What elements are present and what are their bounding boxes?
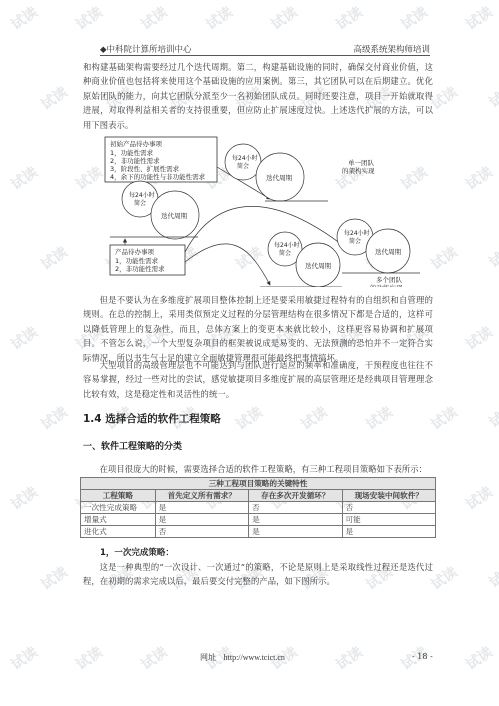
watermark-text: 试读 bbox=[462, 162, 496, 194]
watermark-text: 试读 bbox=[332, 642, 366, 674]
cycle-left: 每24小时 简会 迭代周期 bbox=[110, 181, 199, 245]
svg-text:4，余下的功能性与非功能性需求: 4，余下的功能性与非功能性需求 bbox=[110, 172, 206, 181]
svg-text:2，非功能性需求: 2，非功能性需求 bbox=[110, 156, 160, 165]
svg-text:迭代周期: 迭代周期 bbox=[266, 173, 293, 182]
paragraph-iterative-expansion: 和构建基础架构需要经过几个迭代周期。第二，构建基础设施的同时，确保交付商业价值，… bbox=[83, 60, 433, 132]
svg-text:多个团队: 多个团队 bbox=[376, 275, 403, 284]
svg-text:每24小时: 每24小时 bbox=[232, 154, 258, 162]
watermark-text: 试读 bbox=[72, 642, 106, 674]
svg-text:初始产品待办事项: 初始产品待办事项 bbox=[110, 139, 163, 148]
watermark-text: 试读 bbox=[462, 322, 496, 354]
watermark-text: 试读 bbox=[485, 248, 499, 289]
strategy-table: 三种工程项目策略的关键特性 工程策略 首先定义所有需求？ 存在多次开发循环？ 现… bbox=[80, 477, 436, 538]
svg-text:简会: 简会 bbox=[279, 249, 291, 257]
footer-website: 网址 http://www.tcict.cn bbox=[200, 652, 285, 663]
column-header: 存在多次开发循环？ bbox=[249, 490, 342, 502]
watermark-text: 试读 bbox=[397, 2, 431, 34]
watermark-text: 试读 bbox=[72, 2, 106, 34]
watermark-text: 试读 bbox=[37, 242, 71, 274]
watermark-text: 试读 bbox=[37, 402, 71, 434]
footer-url[interactable]: http://www.tcict.cn bbox=[224, 653, 285, 662]
watermark-text: 试读 bbox=[427, 402, 461, 434]
paragraph-senior-management: 大型项目的高级管理层也不可能达到与团队进行适应的频率和准确度，干预程度也往往不容… bbox=[83, 358, 433, 401]
table-cell: 增量式 bbox=[81, 514, 156, 526]
item-heading: 1，一次完成策略： bbox=[100, 546, 174, 558]
svg-text:迭代周期: 迭代周期 bbox=[375, 247, 402, 256]
svg-text:3，阶段性、扩展性需求: 3，阶段性、扩展性需求 bbox=[110, 164, 180, 173]
table-row: 增量式 是 是 可能 bbox=[81, 514, 436, 526]
watermark-text: 试读 bbox=[7, 482, 41, 514]
table-cell: 是 bbox=[342, 526, 435, 538]
table-row: 一次性完成策略 是 否 否 bbox=[81, 502, 436, 514]
watermark-text: 试读 bbox=[7, 322, 41, 354]
watermark-text: 试读 bbox=[137, 642, 171, 674]
svg-text:每24小时: 每24小时 bbox=[129, 191, 155, 199]
cycle-single-team: 每24小时 简会 迭代周期 单一团队 的架构实现 bbox=[225, 144, 375, 201]
table-row: 进化式 否 是 是 bbox=[81, 526, 436, 538]
paragraph-one-shot-strategy: 这是一种典型的“一次设计、一次通过”的策略，不论是原则上是采取线性过程还是迭代过… bbox=[83, 560, 433, 589]
watermark-text: 试读 bbox=[267, 2, 301, 34]
page-header: ◆中科院计算所培训中心 高级系统架构师培训 bbox=[100, 43, 430, 56]
svg-text:单一团队: 单一团队 bbox=[348, 158, 375, 167]
watermark-text: 试读 bbox=[7, 2, 41, 34]
column-header: 工程策略 bbox=[81, 490, 156, 502]
section-heading: 1.4 选择合适的软件工程策略 bbox=[83, 411, 221, 426]
watermark-text: 试读 bbox=[7, 642, 41, 674]
table-cell: 是 bbox=[155, 502, 248, 514]
watermark-text: 试读 bbox=[462, 482, 496, 514]
watermark-text: 试读 bbox=[462, 642, 496, 674]
watermark-text: 试读 bbox=[485, 88, 499, 129]
watermark-text: 试读 bbox=[485, 408, 499, 449]
svg-text:每24小时: 每24小时 bbox=[344, 229, 370, 237]
product-backlog-box: 产品待办事项 1，功能性需求 2，非功能性需求 bbox=[110, 245, 185, 275]
table-cell: 可能 bbox=[342, 514, 435, 526]
watermark-text: 试读 bbox=[462, 2, 496, 34]
watermark-text: 试读 bbox=[362, 402, 396, 434]
table-cell: 是 bbox=[249, 526, 342, 538]
svg-text:简会: 简会 bbox=[237, 162, 249, 170]
watermark-text: 试读 bbox=[297, 402, 331, 434]
svg-text:1，功能性需求: 1，功能性需求 bbox=[115, 256, 159, 265]
svg-text:1，功能性需求: 1，功能性需求 bbox=[110, 148, 154, 157]
page-number: - 18 - bbox=[412, 652, 433, 661]
paragraph-hierarchical-control: 但是不要认为在多维度扩展项目整体控制上还是要采用敏捷过程特有的自组织和自管理的规… bbox=[83, 293, 433, 365]
svg-text:产品待办事项: 产品待办事项 bbox=[115, 247, 155, 256]
table-caption: 三种工程项目策略的关键特性 bbox=[81, 478, 436, 490]
svg-text:简会: 简会 bbox=[134, 199, 146, 207]
column-header: 现场安装中间软件？ bbox=[342, 490, 435, 502]
table-cell: 否 bbox=[155, 526, 248, 538]
svg-text:迭代周期: 迭代周期 bbox=[305, 261, 332, 270]
watermark-text: 试读 bbox=[37, 82, 71, 114]
watermark-text: 试读 bbox=[7, 162, 41, 194]
svg-text:2，非功能性需求: 2，非功能性需求 bbox=[115, 264, 165, 273]
svg-text:的架构实现: 的架构实现 bbox=[342, 166, 375, 175]
cycle-right-upper: 每24小时 简会 迭代周期 bbox=[337, 219, 420, 273]
table-cell: 是 bbox=[155, 514, 248, 526]
table-cell: 进化式 bbox=[81, 526, 156, 538]
iterative-expansion-diagram: 初始产品待办事项 1，功能性需求 2，非功能性需求 3，阶段性、扩展性需求 4，… bbox=[80, 127, 450, 287]
svg-text:简会: 简会 bbox=[349, 237, 361, 245]
svg-text:的功能实现: 的功能实现 bbox=[370, 283, 403, 287]
watermark-text: 试读 bbox=[232, 402, 266, 434]
watermark-text: 试读 bbox=[202, 2, 236, 34]
svg-text:每24小时: 每24小时 bbox=[274, 241, 300, 249]
subsection-heading: 一、软件工程策略的分类 bbox=[83, 439, 182, 452]
watermark-text: 试读 bbox=[332, 2, 366, 34]
table-cell: 否 bbox=[249, 502, 342, 514]
watermark-text: 试读 bbox=[137, 2, 171, 34]
header-course: 高级系统架构师培训 bbox=[353, 43, 430, 55]
header-org: ◆中科院计算所培训中心 bbox=[100, 43, 192, 55]
svg-text:迭代周期: 迭代周期 bbox=[161, 211, 188, 220]
table-cell: 是 bbox=[249, 514, 342, 526]
watermark-text: 试读 bbox=[485, 568, 499, 609]
table-cell: 一次性完成策略 bbox=[81, 502, 156, 514]
footer-label: 网址 bbox=[200, 653, 216, 662]
column-header: 首先定义所有需求？ bbox=[155, 490, 248, 502]
watermark-text: 试读 bbox=[37, 562, 71, 594]
table-cell: 否 bbox=[342, 502, 435, 514]
paragraph-table-intro: 在项目很庞大的时候，需要选择合适的软件工程策略，有三种工程项目策略如下表所示： bbox=[83, 462, 433, 476]
initial-backlog-box: 初始产品待办事项 1，功能性需求 2，非功能性需求 3，阶段性、扩展性需求 4，… bbox=[105, 137, 217, 182]
